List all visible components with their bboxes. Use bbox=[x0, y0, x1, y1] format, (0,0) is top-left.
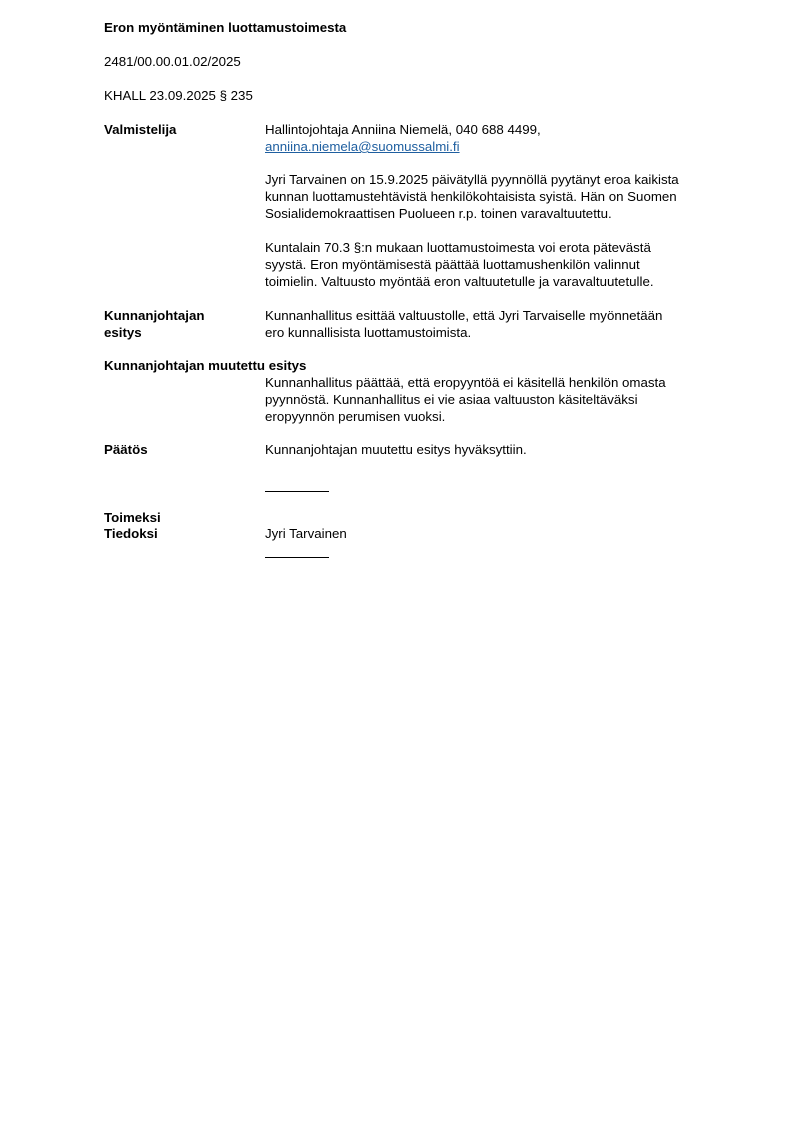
toimeksi-label: Toimeksi bbox=[104, 510, 161, 527]
muutettu-esitys-line: eropyynnön perumisen vuoksi. bbox=[265, 409, 445, 426]
tiedoksi-value: Jyri Tarvainen bbox=[265, 526, 347, 543]
law-paragraph-line: syystä. Eron myöntämisestä päättää luott… bbox=[265, 257, 640, 274]
preparer-info: Hallintojohtaja Anniina Niemelä, 040 688… bbox=[265, 122, 541, 139]
background-paragraph-line: kunnan luottamustehtävistä henkilökohtai… bbox=[265, 189, 677, 206]
paatos-text: Kunnanjohtajan muutettu esitys hyväksytt… bbox=[265, 442, 527, 459]
background-paragraph-line: Jyri Tarvainen on 15.9.2025 päivätyllä p… bbox=[265, 172, 679, 189]
esitys-label-line1: Kunnanjohtajan bbox=[104, 308, 204, 325]
law-paragraph-line: Kuntalain 70.3 §:n mukaan luottamustoime… bbox=[265, 240, 651, 257]
esitys-label-line2: esitys bbox=[104, 325, 142, 342]
law-paragraph-line: toimielin. Valtuusto myöntää eron valtuu… bbox=[265, 274, 654, 291]
muutettu-esitys-line: pyynnöstä. Kunnanhallitus ei vie asiaa v… bbox=[265, 392, 638, 409]
esitys-text-line: ero kunnallisista luottamustoimista. bbox=[265, 325, 471, 342]
background-paragraph-line: Sosialidemokraattisen Puolueen r.p. toin… bbox=[265, 206, 612, 223]
separator-rule bbox=[265, 491, 329, 492]
muutettu-esitys-label: Kunnanjohtajan muutettu esitys bbox=[104, 358, 306, 375]
document-title: Eron myöntäminen luottamustoimesta bbox=[104, 20, 346, 37]
tiedoksi-label: Tiedoksi bbox=[104, 526, 158, 543]
muutettu-esitys-line: Kunnanhallitus päättää, että eropyyntöä … bbox=[265, 375, 666, 392]
paatos-label: Päätös bbox=[104, 442, 148, 459]
esitys-text-line: Kunnanhallitus esittää valtuustolle, ett… bbox=[265, 308, 662, 325]
separator-rule bbox=[265, 557, 329, 558]
preparer-email-link[interactable]: anniina.niemela@suomussalmi.fi bbox=[265, 139, 460, 156]
valmistelija-label: Valmistelija bbox=[104, 122, 176, 139]
meeting-reference: KHALL 23.09.2025 § 235 bbox=[104, 88, 253, 105]
document-reference: 2481/00.00.01.02/2025 bbox=[104, 54, 241, 71]
